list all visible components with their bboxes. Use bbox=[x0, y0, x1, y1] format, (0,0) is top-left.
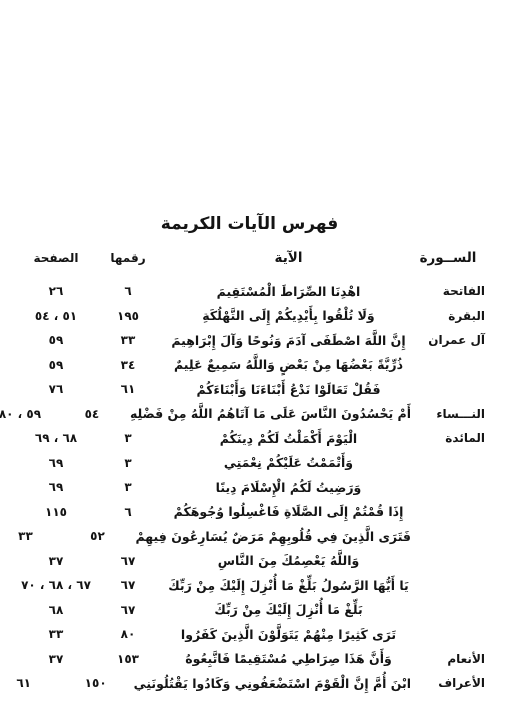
page-numbers: ٥٩ ، ٨٠ bbox=[0, 407, 62, 421]
verse-number: ١٥٠ bbox=[66, 676, 126, 690]
ayah-text: ابْنَ أُمَّ إِنَّ الْقَوْمَ اسْتَضْعَفُو… bbox=[126, 676, 411, 691]
table-header-row: الســورة الآية رقمها الصفحة bbox=[14, 250, 485, 266]
scanned-book-page: فهرس الآيات الكريمة الســورة الآية رقمها… bbox=[0, 0, 509, 722]
ayah-text: وَأَنَّ هَذَا صِرَاطِي مُسْتَقِيمًا فَات… bbox=[158, 651, 411, 666]
surah-name: الفاتحة bbox=[411, 284, 485, 298]
table-row: وَرَضِيتُ لَكُمُ الْإِسْلَامَ دِينًا ٣ ٦… bbox=[14, 475, 485, 500]
surah-name: آل عمران bbox=[411, 333, 485, 347]
table-row: إِذَا قُمْتُمْ إِلَى الصَّلَاةِ فَاغْسِل… bbox=[14, 500, 485, 525]
page-numbers: ٦١ bbox=[0, 676, 66, 690]
verse-number: ٥٤ bbox=[62, 407, 122, 421]
table-row: الأنعام وَأَنَّ هَذَا صِرَاطِي مُسْتَقِي… bbox=[14, 647, 485, 672]
table-row: ذُرِّيَّةً بَعْضُهَا مِنْ بَعْضٍ وَاللَّ… bbox=[14, 353, 485, 378]
verse-number: ٣٣ bbox=[98, 333, 158, 347]
surah-name: البقرة bbox=[411, 309, 485, 323]
verse-number: ٨٠ bbox=[98, 627, 158, 641]
ayah-text: أَمْ يَحْسُدُونَ النَّاسَ عَلَى مَا آتَا… bbox=[122, 406, 411, 421]
page-title: فهرس الآيات الكريمة bbox=[14, 214, 485, 234]
table-row: آل عمران إِنَّ اللَّهَ اصْطَفَى آدَمَ وَ… bbox=[14, 328, 485, 353]
table-row: وَأَتْمَمْتُ عَلَيْكُمْ نِعْمَتِي ٣ ٦٩ bbox=[14, 451, 485, 476]
ayah-text: اهْدِنَا الصِّرَاطَ الْمُسْتَقِيمَ bbox=[158, 284, 411, 299]
page-numbers: ٣٣ bbox=[0, 529, 68, 543]
verse-number: ١٩٥ bbox=[98, 309, 158, 323]
page-numbers: ٥٩ bbox=[14, 333, 98, 347]
page-numbers: ٧٦ bbox=[14, 382, 98, 396]
table-row: تَرَى كَثِيرًا مِنْهُمْ يَتَوَلَّوْنَ ال… bbox=[14, 622, 485, 647]
ayah-text: وَلَا تُلْقُوا بِأَيْدِيكُمْ إِلَى التَّ… bbox=[158, 308, 411, 323]
verse-number: ٥٢ bbox=[68, 529, 128, 543]
verse-number: ٦ bbox=[98, 284, 158, 298]
table-row: يَا أَيُّهَا الرَّسُولُ بَلِّغْ مَا أُنْ… bbox=[14, 573, 485, 598]
page-numbers: ٦٩ bbox=[14, 480, 98, 494]
table-row: النـــساء أَمْ يَحْسُدُونَ النَّاسَ عَلَ… bbox=[14, 402, 485, 427]
page-numbers: ٢٦ bbox=[14, 284, 98, 298]
ayah-text: تَرَى كَثِيرًا مِنْهُمْ يَتَوَلَّوْنَ ال… bbox=[158, 627, 411, 642]
table-row: فَقُلْ تَعَالَوْا نَدْعُ أَبْنَاءَنَا وَ… bbox=[14, 377, 485, 402]
ayah-text: إِنَّ اللَّهَ اصْطَفَى آدَمَ وَنُوحًا وَ… bbox=[158, 333, 411, 348]
column-header-surah: الســورة bbox=[411, 250, 485, 266]
ayah-text: وَاللَّهُ يَعْصِمُكَ مِنَ النَّاسِ bbox=[158, 553, 411, 568]
verse-number: ١٥٣ bbox=[98, 652, 158, 666]
table-row: فَتَرَى الَّذِينَ فِي قُلُوبِهِمْ مَرَضٌ… bbox=[14, 524, 485, 549]
column-header-verse-number: رقمها bbox=[98, 251, 158, 265]
page-numbers: ٦٩ bbox=[14, 456, 98, 470]
verse-number: ٦٧ bbox=[98, 554, 158, 568]
verse-number: ٣ bbox=[98, 431, 158, 445]
column-header-page: الصفحة bbox=[14, 251, 98, 265]
surah-name: الأنعام bbox=[411, 652, 485, 666]
table-row: الأعراف ابْنَ أُمَّ إِنَّ الْقَوْمَ اسْت… bbox=[14, 671, 485, 696]
ayah-text: ذُرِّيَّةً بَعْضُهَا مِنْ بَعْضٍ وَاللَّ… bbox=[158, 357, 411, 372]
ayah-text: الْيَوْمَ أَكْمَلْتُ لَكُمْ دِينَكُمْ bbox=[158, 431, 411, 446]
page-numbers: ٥٩ bbox=[14, 358, 98, 372]
page-numbers: ٣٧ bbox=[14, 652, 98, 666]
ayah-text: بَلِّغْ مَا أُنْزِلَ إِلَيْكَ مِنْ رَبِّ… bbox=[158, 602, 411, 617]
verse-number: ٦٧ bbox=[98, 603, 158, 617]
page-numbers: ٦٨ ، ٦٩ bbox=[14, 431, 98, 445]
surah-name: المائدة bbox=[411, 431, 485, 445]
ayah-text: يَا أَيُّهَا الرَّسُولُ بَلِّغْ مَا أُنْ… bbox=[158, 578, 411, 593]
ayah-text: وَأَتْمَمْتُ عَلَيْكُمْ نِعْمَتِي bbox=[158, 455, 411, 470]
page-numbers: ٦٨ bbox=[14, 603, 98, 617]
verse-index-table: الفاتحة اهْدِنَا الصِّرَاطَ الْمُسْتَقِي… bbox=[14, 279, 485, 696]
table-row: الفاتحة اهْدِنَا الصِّرَاطَ الْمُسْتَقِي… bbox=[14, 279, 485, 304]
table-row: بَلِّغْ مَا أُنْزِلَ إِلَيْكَ مِنْ رَبِّ… bbox=[14, 598, 485, 623]
ayah-text: إِذَا قُمْتُمْ إِلَى الصَّلَاةِ فَاغْسِل… bbox=[158, 504, 411, 519]
column-header-ayah: الآية bbox=[158, 250, 411, 266]
page-numbers: ١١٥ bbox=[14, 505, 98, 519]
verse-number: ٦١ bbox=[98, 382, 158, 396]
page-numbers: ٣٣ bbox=[14, 627, 98, 641]
page-numbers: ٣٧ bbox=[14, 554, 98, 568]
ayah-text: فَقُلْ تَعَالَوْا نَدْعُ أَبْنَاءَنَا وَ… bbox=[158, 382, 411, 397]
table-row: وَاللَّهُ يَعْصِمُكَ مِنَ النَّاسِ ٦٧ ٣٧ bbox=[14, 549, 485, 574]
verse-number: ٣ bbox=[98, 480, 158, 494]
surah-name: الأعراف bbox=[411, 676, 485, 690]
verse-number: ٦٧ bbox=[98, 578, 158, 592]
ayah-text: فَتَرَى الَّذِينَ فِي قُلُوبِهِمْ مَرَضٌ… bbox=[128, 529, 412, 544]
page-numbers: ٥١ ، ٥٤ bbox=[14, 309, 98, 323]
ayah-text: وَرَضِيتُ لَكُمُ الْإِسْلَامَ دِينًا bbox=[158, 480, 411, 495]
table-row: البقرة وَلَا تُلْقُوا بِأَيْدِيكُمْ إِلَ… bbox=[14, 304, 485, 329]
verse-number: ٣ bbox=[98, 456, 158, 470]
table-row: المائدة الْيَوْمَ أَكْمَلْتُ لَكُمْ دِين… bbox=[14, 426, 485, 451]
verse-number: ٣٤ bbox=[98, 358, 158, 372]
verse-number: ٦ bbox=[98, 505, 158, 519]
page-numbers: ٦٧ ، ٦٨ ، ٧٠ bbox=[14, 578, 98, 592]
surah-name: النـــساء bbox=[411, 407, 485, 421]
